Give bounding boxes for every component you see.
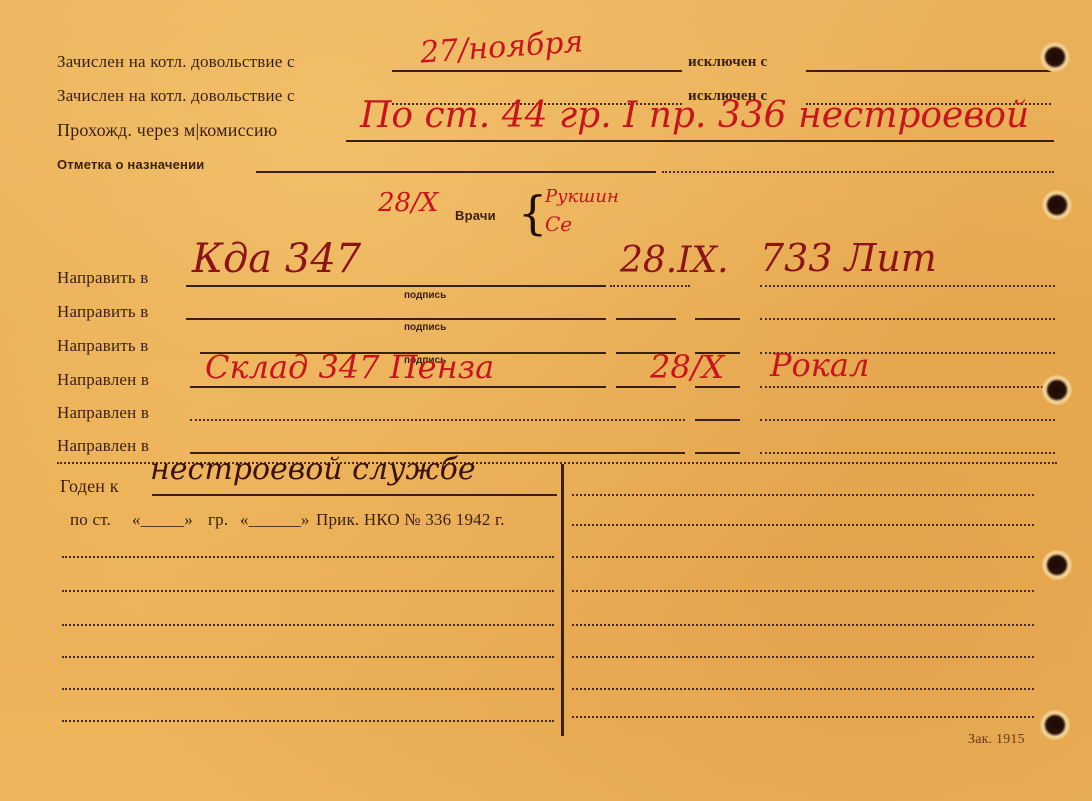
excluded-label-1: исключен с: [688, 54, 767, 71]
brace-icon: {: [518, 186, 547, 240]
medical-commission-value: По ст. 44 гр. I пр. 336 нестроевой: [360, 95, 1029, 136]
direction-date-line-6: [695, 452, 740, 454]
article-gr: гр.: [208, 510, 228, 530]
direction-line-1: [186, 285, 606, 287]
direction-value-4: Склад 347 Пенза: [205, 348, 494, 386]
doctors-label: Врачи: [455, 208, 496, 223]
direction-label-1: Направить в: [57, 268, 149, 288]
direction-label-6: Направлен в: [57, 436, 149, 456]
blank-line: [572, 556, 1034, 558]
punch-hole-icon: [1042, 190, 1072, 220]
assignment-mark-line: [256, 171, 656, 173]
doctor-signature-1: Рукшин: [545, 186, 619, 207]
punch-hole-icon: [1042, 375, 1072, 405]
direction-extra-1: 733 Лит: [760, 236, 937, 280]
direction-line-5: [190, 419, 685, 421]
blank-line: [572, 494, 1034, 496]
assignment-mark-label: Отметка о назначении: [57, 157, 205, 172]
direction-extra-line-6: [760, 452, 1055, 454]
order-number: Зак. 1915: [968, 732, 1025, 748]
article-prefix: по ст.: [70, 510, 111, 530]
blank-line: [572, 716, 1034, 718]
blank-line: [572, 656, 1034, 658]
fit-line: [152, 494, 557, 496]
direction-line-2b: [616, 318, 676, 320]
blank-line: [62, 656, 554, 658]
punch-hole-icon: [1040, 42, 1070, 72]
fit-label: Годен к: [60, 476, 119, 497]
blank-line: [572, 688, 1034, 690]
enrolled-label-2: Зачислен на котл. довольствие с: [57, 86, 295, 106]
article-order: Прик. НКО № 336 1942 г.: [316, 510, 505, 530]
direction-extra-line-5: [760, 419, 1055, 421]
blank-line: [62, 624, 554, 626]
blank-line: [62, 720, 554, 722]
direction-extra-line-4: [760, 386, 1055, 388]
medical-commission-line: [346, 140, 1054, 142]
direction-label-3: Направить в: [57, 336, 149, 356]
direction-label-4: Направлен в: [57, 370, 149, 390]
blank-line: [62, 688, 554, 690]
direction-date-line-1: [610, 285, 690, 287]
blank-line: [62, 590, 554, 592]
direction-label-5: Направлен в: [57, 403, 149, 423]
enrolled-value-1: 27/ноября: [419, 24, 584, 70]
column-divider: [561, 464, 564, 736]
direction-date-line-5: [695, 419, 740, 421]
fit-value: нестроевой службе: [150, 452, 476, 487]
direction-extra-line-2: [760, 318, 1055, 320]
assignment-mark-line-2: [662, 171, 1054, 173]
gr-blank: «______»: [240, 510, 310, 530]
punch-hole-icon: [1040, 710, 1070, 740]
direction-line-2: [186, 318, 606, 320]
doctors-date: 28/X: [378, 188, 438, 218]
doctor-signature-2: Се: [545, 212, 572, 236]
direction-date-4: 28/X: [650, 348, 724, 386]
direction-label-2: Направить в: [57, 302, 149, 322]
article-blank: «_____»: [132, 510, 193, 530]
direction-line-4: [190, 386, 606, 388]
direction-date-line-4: [695, 386, 740, 388]
enrolled-label-1: Зачислен на котл. довольствие с: [57, 52, 295, 72]
blank-line: [62, 556, 554, 558]
direction-date-1: 28.IX.: [620, 240, 729, 281]
blank-line: [572, 590, 1034, 592]
signature-caption-2: подпись: [404, 322, 446, 333]
direction-extra-line-1: [760, 285, 1055, 287]
enrolled-line-1: [392, 70, 682, 72]
medical-commission-label: Прохожд. через м|комиссию: [57, 120, 277, 141]
direction-date-line-2: [695, 318, 740, 320]
registration-card: Зачислен на котл. довольствие с 27/ноябр…: [0, 0, 1092, 801]
direction-value-1: Кда 347: [192, 236, 361, 282]
blank-line: [572, 524, 1034, 526]
signature-caption-1: подпись: [404, 290, 446, 301]
direction-extra-4: Рокал: [770, 346, 869, 384]
direction-line-4b: [616, 386, 676, 388]
blank-line: [572, 624, 1034, 626]
excluded-line-1: [806, 70, 1051, 72]
punch-hole-icon: [1042, 550, 1072, 580]
